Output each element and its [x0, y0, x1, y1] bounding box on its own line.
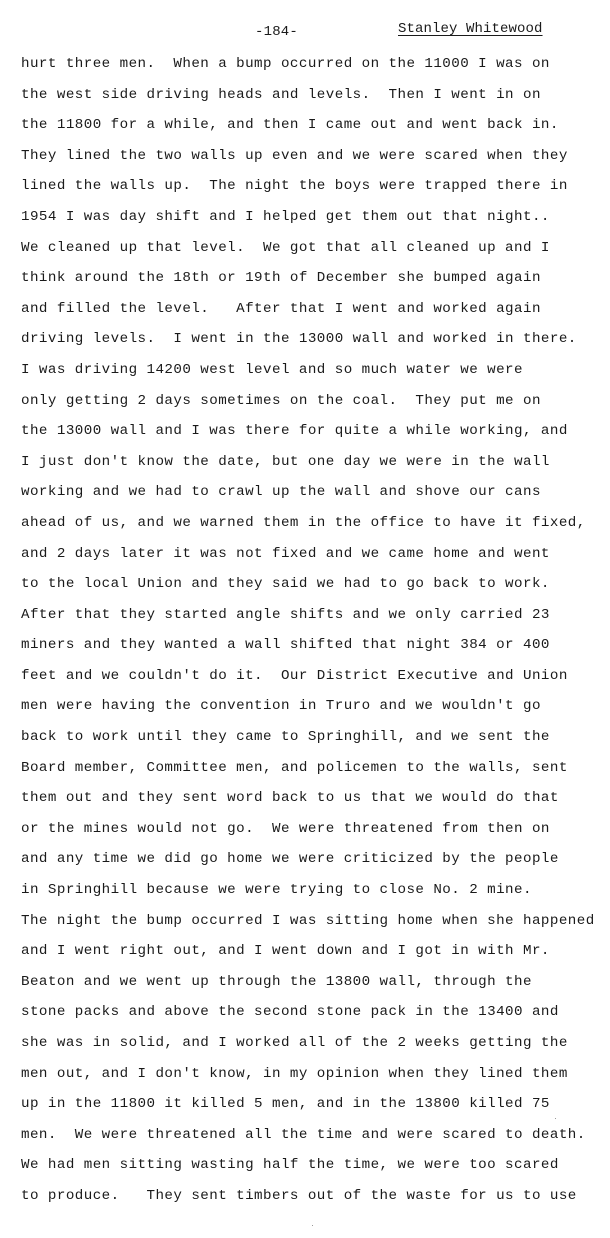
text-line: to produce. They sent timbers out of the… — [21, 1181, 610, 1212]
text-line: to the local Union and they said we had … — [21, 569, 610, 600]
text-line: 1954 I was day shift and I helped get th… — [21, 202, 610, 233]
page-number: -184- — [255, 24, 298, 40]
text-line: ahead of us, and we warned them in the o… — [21, 508, 610, 539]
text-line: We cleaned up that level. We got that al… — [21, 233, 610, 264]
text-line: After that they started angle shifts and… — [21, 600, 610, 631]
text-line: stone packs and above the second stone p… — [21, 997, 610, 1028]
text-line: and filled the level. After that I went … — [21, 294, 610, 325]
text-line: The night the bump occurred I was sittin… — [21, 906, 610, 937]
text-line: miners and they wanted a wall shifted th… — [21, 630, 610, 661]
text-line: They lined the two walls up even and we … — [21, 141, 610, 172]
text-line: feet and we couldn't do it. Our District… — [21, 661, 610, 692]
text-line: driving levels. I went in the 13000 wall… — [21, 324, 610, 355]
text-line: them out and they sent word back to us t… — [21, 783, 610, 814]
text-line: men. We were threatened all the time and… — [21, 1120, 610, 1151]
text-line: Beaton and we went up through the 13800 … — [21, 967, 610, 998]
transcript-body: hurt three men. When a bump occurred on … — [21, 49, 610, 1212]
text-line: lined the walls up. The night the boys w… — [21, 171, 610, 202]
text-line: the west side driving heads and levels. … — [21, 80, 610, 111]
text-line: in Springhill because we were trying to … — [21, 875, 610, 906]
text-line: I was driving 14200 west level and so mu… — [21, 355, 610, 386]
text-line: the 11800 for a while, and then I came o… — [21, 110, 610, 141]
text-line: and I went right out, and I went down an… — [21, 936, 610, 967]
text-line: Board member, Committee men, and policem… — [21, 753, 610, 784]
text-line: hurt three men. When a bump occurred on … — [21, 49, 610, 80]
text-line: back to work until they came to Springhi… — [21, 722, 610, 753]
text-line: I just don't know the date, but one day … — [21, 447, 610, 478]
text-line: only getting 2 days sometimes on the coa… — [21, 386, 610, 417]
text-line: up in the 11800 it killed 5 men, and in … — [21, 1089, 610, 1120]
text-line: men were having the convention in Truro … — [21, 691, 610, 722]
scan-speck — [312, 1225, 313, 1226]
author-name: Stanley Whitewood — [398, 21, 543, 37]
text-line: the 13000 wall and I was there for quite… — [21, 416, 610, 447]
text-line: think around the 18th or 19th of Decembe… — [21, 263, 610, 294]
text-line: or the mines would not go. We were threa… — [21, 814, 610, 845]
text-line: men out, and I don't know, in my opinion… — [21, 1059, 610, 1090]
text-line: We had men sitting wasting half the time… — [21, 1150, 610, 1181]
document-page: -184- Stanley Whitewood hurt three men. … — [0, 0, 610, 1238]
text-line: working and we had to crawl up the wall … — [21, 477, 610, 508]
scan-speck — [555, 1118, 556, 1119]
text-line: and any time we did go home we were crit… — [21, 844, 610, 875]
text-line: and 2 days later it was not fixed and we… — [21, 539, 610, 570]
text-line: she was in solid, and I worked all of th… — [21, 1028, 610, 1059]
